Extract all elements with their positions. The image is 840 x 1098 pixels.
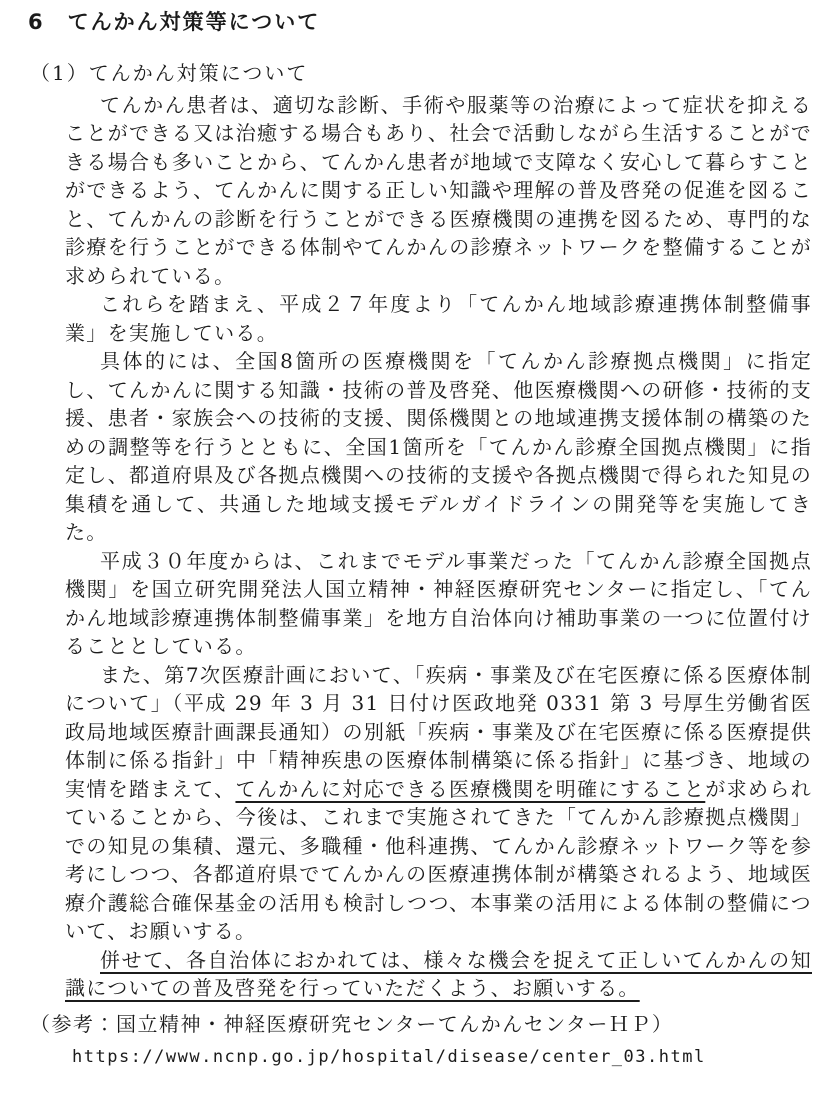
- paragraph: てんかん患者は、適切な診断、手術や服薬等の治療によって症状を抑えることができる又…: [65, 91, 812, 291]
- reference-label: （参考：国立精神・神経医療研究センターてんかんセンターＨＰ）: [30, 1010, 840, 1039]
- paragraph-text: 平成３０年度からは、これまでモデル事業だった「てんかん診療全国拠点機関」を国立研…: [65, 549, 812, 659]
- paragraph: また、第7次医療計画において、「疾病・事業及び在宅医療に係る医療体制について」（…: [65, 661, 812, 946]
- paragraph: 具体的には、全国8箇所の医療機関を「てんかん診療拠点機関」に指定し、てんかんに関…: [65, 347, 812, 547]
- paragraph-text: が求められていることから、今後は、これまで実施されてきた「てんかん診療拠点機関」…: [65, 777, 812, 944]
- paragraph: 併せて、各自治体におかれては、様々な機会を捉えて正しいてんかんの知識についての普…: [65, 946, 812, 1003]
- paragraph-text: これらを踏まえ、平成２７年度より「てんかん地域診療連携体制整備事業」を実施してい…: [65, 292, 812, 345]
- paragraph: これらを踏まえ、平成２７年度より「てんかん地域診療連携体制整備事業」を実施してい…: [65, 290, 812, 347]
- paragraph: 平成３０年度からは、これまでモデル事業だった「てんかん診療全国拠点機関」を国立研…: [65, 547, 812, 661]
- document-page: 6 てんかん対策等について （1）てんかん対策について てんかん患者は、適切な診…: [0, 0, 840, 1098]
- underlined-text: 併せて、各自治体におかれては、様々な機会を捉えて正しいてんかんの知識についての普…: [65, 948, 812, 1001]
- reference-url: https://www.ncnp.go.jp/hospital/disease/…: [72, 1045, 840, 1069]
- underlined-text: てんかんに対応できる医療機関を明確にすること: [235, 777, 705, 801]
- paragraph-text: 具体的には、全国8箇所の医療機関を「てんかん診療拠点機関」に指定し、てんかんに関…: [65, 349, 812, 544]
- section-heading: （1）てんかん対策について: [30, 59, 840, 88]
- document-body: てんかん患者は、適切な診断、手術や服薬等の治療によって症状を抑えることができる又…: [65, 91, 812, 1003]
- reference-block: （参考：国立精神・神経医療研究センターてんかんセンターＨＰ） https://w…: [0, 1010, 840, 1070]
- paragraph-text: てんかん患者は、適切な診断、手術や服薬等の治療によって症状を抑えることができる又…: [65, 93, 812, 288]
- document-title: 6 てんかん対策等について: [28, 8, 840, 36]
